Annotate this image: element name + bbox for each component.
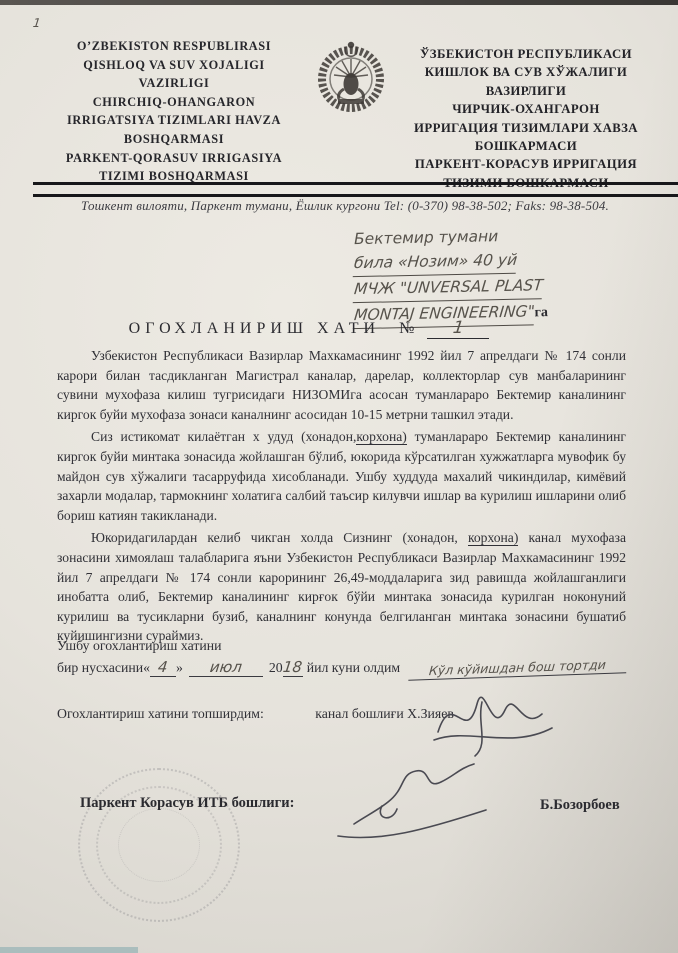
p2-underlined-word: корхона)	[356, 429, 406, 445]
recipient-line3: МЧЖ "UNVERSAL PLAST	[353, 273, 544, 303]
p3-seg3: канал мухофаза зонасини химоялаш талабла…	[57, 530, 626, 643]
letterhead-line: VAZIRLIGI	[36, 74, 312, 93]
paragraph-1: Узбекистон Республикаси Вазирлар Махкама…	[57, 346, 626, 424]
title-text: ОГОХЛАНИРИШ ХАТИ	[129, 320, 380, 337]
letterhead-line: BOSHQARMASI	[36, 130, 312, 149]
paragraph-3: Юкоридагилардан келиб чикган холда Сизни…	[57, 528, 626, 646]
month-blank: июл	[189, 658, 263, 677]
round-stamp	[78, 768, 240, 922]
day-handwritten: 4	[157, 658, 169, 676]
footer-title: Паркент Корасув ИТБ бошлиги:	[80, 795, 294, 812]
number-sign: №	[399, 320, 414, 337]
day-blank: 4	[150, 658, 176, 677]
title-number-line: 1	[427, 318, 489, 339]
letterhead-line: ИРРИГАЦИЯ ТИЗИМЛАРИ ХАВЗА	[388, 119, 664, 137]
scanned-letter-page: 1 O’ZBEKISTON RESPUBLIRASI QISHLOQ VA SU…	[0, 0, 678, 953]
signature-ziyayev	[428, 680, 558, 763]
document-title: ОГОХЛАНИРИШ ХАТИ № 1	[0, 318, 618, 339]
letterhead-line: PARKENT-QORASUV IRRIGASIYA	[36, 149, 312, 168]
scan-edge-bottom	[0, 947, 138, 953]
letter-body: Узбекистон Республикаси Вазирлар Махкама…	[57, 346, 626, 649]
letterhead-line: БОШКАРМАСИ	[388, 137, 664, 155]
title-number-handwritten: 1	[452, 318, 465, 338]
letterhead-line: ПАРКЕНТ-КОРАСУВ ИРРИГАЦИЯ	[388, 155, 664, 173]
year-handwritten: 18	[282, 658, 303, 676]
receipt-line2: бир нусхасини«4»июл2018йил куни олдимКўл…	[57, 658, 648, 677]
receipt-line1: Ушбу огохлантириш хатини	[57, 638, 648, 654]
p2-seg1: Сиз истикомат килаётган х удуд (хонадон,	[91, 429, 356, 444]
letterhead-line: O’ZBEKISTON RESPUBLIRASI	[36, 37, 312, 56]
letterhead-line: ЎЗБЕКИСТОН РЕСПУБЛИКАСИ	[388, 45, 664, 63]
scan-edge-top	[0, 0, 678, 5]
p3-underlined-word: корхона)	[468, 530, 518, 546]
footer-signatory-name: Б.Бозорбоев	[540, 797, 620, 814]
uzbekistan-state-emblem-icon	[312, 33, 390, 129]
handwritten-recipient-block: Бектемир тумани била «Нозим» 40 уй МЧЖ "…	[354, 224, 654, 326]
letterhead-line: IRRIGATSIYA TIZIMLARI HAVZA	[36, 111, 312, 130]
signature-bozorboev	[326, 758, 496, 851]
paragraph-2: Сиз истикомат килаётган х удуд (хонадон,…	[57, 427, 626, 525]
letterhead-cyrillic: ЎЗБЕКИСТОН РЕСПУБЛИКАСИ КИШЛОК ВА СУВ ХЎ…	[388, 45, 664, 192]
letterhead-line: CHIRCHIQ-OHANGARON	[36, 93, 312, 112]
corner-pen-mark: 1	[32, 16, 41, 30]
letterhead-line: ЧИРЧИК-ОХАНГАРОН	[388, 100, 664, 118]
letterhead-line: QISHLOQ VA SUV XOJALIGI	[36, 56, 312, 75]
delivery-label: Огохлантириш хатини топширдим:	[57, 706, 264, 721]
receipt-prefix: бир нусхасини«	[57, 660, 150, 675]
note-handwritten: Кўл кўйишдан бош тортди	[428, 657, 606, 678]
contact-line: Тошкент вилояти, Паркент тумани, Ёшлик к…	[40, 198, 650, 214]
note-blank: Кўл кўйишдан бош тортди	[408, 656, 626, 681]
receipt-quote-close: »	[176, 660, 183, 675]
year-prefix: 20	[269, 660, 283, 675]
letterhead-line: КИШЛОК ВА СУВ ХЎЖАЛИГИ	[388, 63, 664, 81]
p3-seg1: Юкоридагилардан келиб чикган холда Сизни…	[91, 530, 468, 545]
receipt-block: Ушбу огохлантириш хатини бир нусхасини«4…	[57, 638, 648, 677]
header-divider-rule	[33, 182, 678, 197]
delivery-line: Огохлантириш хатини топширдим: канал бош…	[57, 706, 454, 722]
letterhead-latin: O’ZBEKISTON RESPUBLIRASI QISHLOQ VA SUV …	[36, 37, 312, 186]
receipt-suffix: йил куни олдим	[307, 660, 400, 675]
month-handwritten: июл	[209, 658, 243, 676]
letterhead-line: ВАЗИРЛИГИ	[388, 82, 664, 100]
recipient-line2: била «Нозим» 40 уй	[353, 248, 519, 277]
year-blank: 18	[283, 658, 303, 677]
